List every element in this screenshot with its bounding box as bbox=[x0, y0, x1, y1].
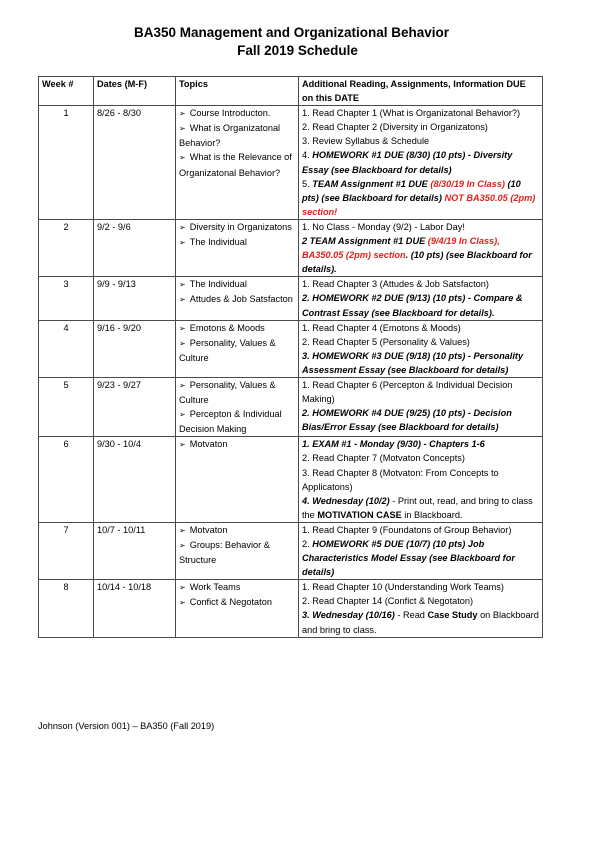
assignment-text: 4. Wednesday (10/2) bbox=[302, 496, 390, 506]
week-assignments: 1. Read Chapter 4 (Emotons & Moods)2. Re… bbox=[299, 320, 543, 377]
assignment-text: 2. bbox=[302, 539, 312, 549]
topic-item: ➢Motvaton bbox=[179, 437, 295, 452]
bullet-arrow-icon: ➢ bbox=[179, 223, 186, 232]
assignment-text: 3. Review Syllabus & Schedule bbox=[302, 136, 429, 146]
topic-item: ➢Emotons & Moods bbox=[179, 321, 295, 336]
bullet-arrow-icon: ➢ bbox=[179, 440, 186, 449]
topic-text: Personality, Values & Culture bbox=[179, 338, 276, 363]
assignment-item: 4. HOMEWORK #1 DUE (8/30) (10 pts) - Div… bbox=[302, 148, 539, 176]
topic-text: Attudes & Job Satsfacton bbox=[190, 294, 293, 304]
document-footer: Johnson (Version 001) – BA350 (Fall 2019… bbox=[38, 721, 214, 731]
week-assignments: 1. Read Chapter 6 (Percepton & Individua… bbox=[299, 377, 543, 436]
bullet-arrow-icon: ➢ bbox=[179, 381, 186, 390]
header-info: Additional Reading, Assignments, Informa… bbox=[299, 77, 543, 106]
topic-text: Motvaton bbox=[190, 439, 228, 449]
topic-item: ➢Percepton & Individual Decision Making bbox=[179, 407, 295, 436]
topic-item: ➢Personality, Values & Culture bbox=[179, 336, 295, 365]
bullet-arrow-icon: ➢ bbox=[179, 339, 186, 348]
assignment-text: 5. bbox=[302, 179, 312, 189]
topic-text: Course Introducton. bbox=[190, 108, 271, 118]
topic-item: ➢What is Organizatonal Behavior? bbox=[179, 121, 295, 150]
bullet-arrow-icon: ➢ bbox=[179, 410, 186, 419]
week-dates: 10/14 - 10/18 bbox=[94, 580, 176, 637]
assignment-item: 1. Read Chapter 3 (Attudes & Job Satsfac… bbox=[302, 277, 539, 291]
topic-item: ➢What is the Relevance of Organizatonal … bbox=[179, 150, 295, 179]
assignment-text: 2. Read Chapter 2 (Diversity in Organiza… bbox=[302, 122, 488, 132]
bullet-arrow-icon: ➢ bbox=[179, 583, 186, 592]
assignment-text: 2. Read Chapter 7 (Motvaton Concepts) bbox=[302, 453, 465, 463]
table-row: 39/9 - 9/13➢The Individual➢Attudes & Job… bbox=[39, 277, 543, 320]
assignment-text: Case Study bbox=[427, 610, 477, 620]
topic-item: ➢Work Teams bbox=[179, 580, 295, 595]
table-header-row: Week # Dates (M-F) Topics Additional Rea… bbox=[39, 77, 543, 106]
topic-text: The Individual bbox=[190, 237, 247, 247]
bullet-arrow-icon: ➢ bbox=[179, 238, 186, 247]
week-dates: 9/30 - 10/4 bbox=[94, 437, 176, 523]
assignment-text: 2. Read Chapter 14 (Confict & Negotaton) bbox=[302, 596, 473, 606]
bullet-arrow-icon: ➢ bbox=[179, 526, 186, 535]
bullet-arrow-icon: ➢ bbox=[179, 295, 186, 304]
assignment-item: 3. Wednesday (10/16) - Read Case Study o… bbox=[302, 608, 539, 636]
week-dates: 9/16 - 9/20 bbox=[94, 320, 176, 377]
assignment-text: 1. Read Chapter 1 (What is Organizatonal… bbox=[302, 108, 520, 118]
table-row: 59/23 - 9/27➢Personality, Values & Cultu… bbox=[39, 377, 543, 436]
topic-text: Groups: Behavior & Structure bbox=[179, 540, 270, 565]
bullet-arrow-icon: ➢ bbox=[179, 124, 186, 133]
assignment-item: 3. HOMEWORK #3 DUE (9/18) (10 pts) - Per… bbox=[302, 349, 539, 377]
assignment-text: 2 TEAM Assignment #1 DUE bbox=[302, 236, 428, 246]
assignment-item: 2. HOMEWORK #2 DUE (9/13) (10 pts) - Com… bbox=[302, 291, 539, 319]
assignment-item: 2. Read Chapter 7 (Motvaton Concepts) bbox=[302, 451, 539, 465]
assignment-text: HOMEWORK #1 DUE (8/30) (10 pts) - Divers… bbox=[302, 150, 512, 174]
topic-item: ➢The Individual bbox=[179, 277, 295, 292]
week-number: 7 bbox=[39, 522, 94, 579]
table-row: 710/7 - 10/11➢Motvaton➢Groups: Behavior … bbox=[39, 522, 543, 579]
week-number: 4 bbox=[39, 320, 94, 377]
assignment-item: 5. TEAM Assignment #1 DUE (8/30/19 In Cl… bbox=[302, 177, 539, 219]
assignment-text: 1. Read Chapter 10 (Understanding Work T… bbox=[302, 582, 504, 592]
week-number: 5 bbox=[39, 377, 94, 436]
topic-text: What is the Relevance of Organizatonal B… bbox=[179, 152, 292, 177]
table-row: 49/16 - 9/20➢Emotons & Moods➢Personality… bbox=[39, 320, 543, 377]
week-assignments: 1. Read Chapter 9 (Foundatons of Group B… bbox=[299, 522, 543, 579]
bullet-arrow-icon: ➢ bbox=[179, 541, 186, 550]
assignment-item: 1. Read Chapter 6 (Percepton & Individua… bbox=[302, 378, 539, 406]
topic-text: Percepton & Individual Decision Making bbox=[179, 409, 282, 434]
week-dates: 9/2 - 9/6 bbox=[94, 219, 176, 276]
assignment-item: 2. Read Chapter 5 (Personality & Values) bbox=[302, 335, 539, 349]
table-row: 18/26 - 8/30➢Course Introducton.➢What is… bbox=[39, 106, 543, 220]
assignment-text: 3. HOMEWORK #3 DUE (9/18) (10 pts) - Per… bbox=[302, 351, 523, 375]
schedule-table: Week # Dates (M-F) Topics Additional Rea… bbox=[38, 76, 543, 638]
assignment-text: 1. No Class - Monday (9/2) - Labor Day! bbox=[302, 222, 465, 232]
week-assignments: 1. Read Chapter 1 (What is Organizatonal… bbox=[299, 106, 543, 220]
topic-text: Personality, Values & Culture bbox=[179, 380, 276, 405]
week-dates: 9/9 - 9/13 bbox=[94, 277, 176, 320]
assignment-item: 1. Read Chapter 9 (Foundatons of Group B… bbox=[302, 523, 539, 537]
week-topics: ➢Personality, Values & Culture➢Percepton… bbox=[176, 377, 299, 436]
bullet-arrow-icon: ➢ bbox=[179, 109, 186, 118]
assignment-item: 1. Read Chapter 10 (Understanding Work T… bbox=[302, 580, 539, 594]
assignment-item: 2 TEAM Assignment #1 DUE (9/4/19 In Clas… bbox=[302, 234, 539, 276]
topic-item: ➢Diversity in Organizatons bbox=[179, 220, 295, 235]
topic-text: Emotons & Moods bbox=[190, 323, 265, 333]
week-topics: ➢The Individual➢Attudes & Job Satsfacton bbox=[176, 277, 299, 320]
header-dates: Dates (M-F) bbox=[94, 77, 176, 106]
assignment-text: 1. Read Chapter 9 (Foundatons of Group B… bbox=[302, 525, 511, 535]
week-assignments: 1. Read Chapter 3 (Attudes & Job Satsfac… bbox=[299, 277, 543, 320]
week-topics: ➢Emotons & Moods➢Personality, Values & C… bbox=[176, 320, 299, 377]
assignment-item: 1. Read Chapter 1 (What is Organizatonal… bbox=[302, 106, 539, 120]
week-number: 6 bbox=[39, 437, 94, 523]
table-row: 29/2 - 9/6➢Diversity in Organizatons➢The… bbox=[39, 219, 543, 276]
assignment-text: 4. bbox=[302, 150, 312, 160]
bullet-arrow-icon: ➢ bbox=[179, 280, 186, 289]
week-dates: 8/26 - 8/30 bbox=[94, 106, 176, 220]
table-row: 810/14 - 10/18➢Work Teams➢Confict & Nego… bbox=[39, 580, 543, 637]
week-number: 3 bbox=[39, 277, 94, 320]
assignment-text: 1. Read Chapter 6 (Percepton & Individua… bbox=[302, 380, 512, 404]
week-topics: ➢Course Introducton.➢What is Organizaton… bbox=[176, 106, 299, 220]
week-assignments: 1. Read Chapter 10 (Understanding Work T… bbox=[299, 580, 543, 637]
assignment-text: 3. Wednesday (10/16) bbox=[302, 610, 395, 620]
assignment-item: 3. Review Syllabus & Schedule bbox=[302, 134, 539, 148]
week-topics: ➢Work Teams➢Confict & Negotaton bbox=[176, 580, 299, 637]
assignment-text: 1. EXAM #1 - Monday (9/30) - Chapters 1-… bbox=[302, 439, 485, 449]
topic-item: ➢Motvaton bbox=[179, 523, 295, 538]
assignment-text: 2. HOMEWORK #2 DUE (9/13) (10 pts) - Com… bbox=[302, 293, 523, 317]
assignment-text: 2. HOMEWORK #4 DUE (9/25) (10 pts) - Dec… bbox=[302, 408, 512, 432]
header-topics: Topics bbox=[176, 77, 299, 106]
topic-item: ➢Course Introducton. bbox=[179, 106, 295, 121]
topic-item: ➢Personality, Values & Culture bbox=[179, 378, 295, 407]
topic-text: Diversity in Organizatons bbox=[190, 222, 292, 232]
topic-item: ➢Groups: Behavior & Structure bbox=[179, 538, 295, 567]
header-week: Week # bbox=[39, 77, 94, 106]
topic-text: Confict & Negotaton bbox=[190, 597, 272, 607]
assignment-text: HOMEWORK #5 DUE (10/7) (10 pts) Job Char… bbox=[302, 539, 515, 577]
schedule-rows: 18/26 - 8/30➢Course Introducton.➢What is… bbox=[39, 106, 543, 637]
assignment-text: (8/30/19 In Class) bbox=[430, 179, 505, 189]
assignment-item: 1. Read Chapter 4 (Emotons & Moods) bbox=[302, 321, 539, 335]
assignment-item: 1. No Class - Monday (9/2) - Labor Day! bbox=[302, 220, 539, 234]
topic-text: The Individual bbox=[190, 279, 247, 289]
assignment-item: 4. Wednesday (10/2) - Print out, read, a… bbox=[302, 494, 539, 522]
week-number: 8 bbox=[39, 580, 94, 637]
table-row: 69/30 - 10/4➢Motvaton1. EXAM #1 - Monday… bbox=[39, 437, 543, 523]
assignment-text: - Read bbox=[395, 610, 428, 620]
week-topics: ➢Motvaton bbox=[176, 437, 299, 523]
bullet-arrow-icon: ➢ bbox=[179, 153, 186, 162]
assignment-item: 2. HOMEWORK #5 DUE (10/7) (10 pts) Job C… bbox=[302, 537, 539, 579]
assignment-text: 3. Read Chapter 8 (Motvaton: From Concep… bbox=[302, 468, 499, 492]
assignment-item: 2. Read Chapter 2 (Diversity in Organiza… bbox=[302, 120, 539, 134]
assignment-item: 2. Read Chapter 14 (Confict & Negotaton) bbox=[302, 594, 539, 608]
topic-item: ➢Attudes & Job Satsfacton bbox=[179, 292, 295, 307]
week-number: 2 bbox=[39, 219, 94, 276]
topic-text: Work Teams bbox=[190, 582, 241, 592]
week-number: 1 bbox=[39, 106, 94, 220]
bullet-arrow-icon: ➢ bbox=[179, 598, 186, 607]
assignment-text: 1. Read Chapter 3 (Attudes & Job Satsfac… bbox=[302, 279, 489, 289]
assignment-text: 2. Read Chapter 5 (Personality & Values) bbox=[302, 337, 470, 347]
document-title: BA350 Management and Organizational Beha… bbox=[0, 24, 589, 42]
topic-item: ➢The Individual bbox=[179, 235, 295, 250]
assignment-text: TEAM Assignment #1 DUE bbox=[312, 179, 430, 189]
assignment-item: 1. EXAM #1 - Monday (9/30) - Chapters 1-… bbox=[302, 437, 539, 451]
document-subtitle: Fall 2019 Schedule bbox=[0, 42, 595, 60]
topic-text: Motvaton bbox=[190, 525, 228, 535]
assignment-text: 1. Read Chapter 4 (Emotons & Moods) bbox=[302, 323, 461, 333]
week-topics: ➢Motvaton➢Groups: Behavior & Structure bbox=[176, 522, 299, 579]
assignment-text: MOTIVATION CASE bbox=[317, 510, 401, 520]
topic-item: ➢Confict & Negotaton bbox=[179, 595, 295, 610]
assignment-text: in Blackboard. bbox=[402, 510, 463, 520]
week-dates: 9/23 - 9/27 bbox=[94, 377, 176, 436]
week-dates: 10/7 - 10/11 bbox=[94, 522, 176, 579]
week-topics: ➢Diversity in Organizatons➢The Individua… bbox=[176, 219, 299, 276]
assignment-item: 2. HOMEWORK #4 DUE (9/25) (10 pts) - Dec… bbox=[302, 406, 539, 434]
week-assignments: 1. EXAM #1 - Monday (9/30) - Chapters 1-… bbox=[299, 437, 543, 523]
week-assignments: 1. No Class - Monday (9/2) - Labor Day!2… bbox=[299, 219, 543, 276]
bullet-arrow-icon: ➢ bbox=[179, 324, 186, 333]
assignment-item: 3. Read Chapter 8 (Motvaton: From Concep… bbox=[302, 466, 539, 494]
topic-text: What is Organizatonal Behavior? bbox=[179, 123, 280, 148]
